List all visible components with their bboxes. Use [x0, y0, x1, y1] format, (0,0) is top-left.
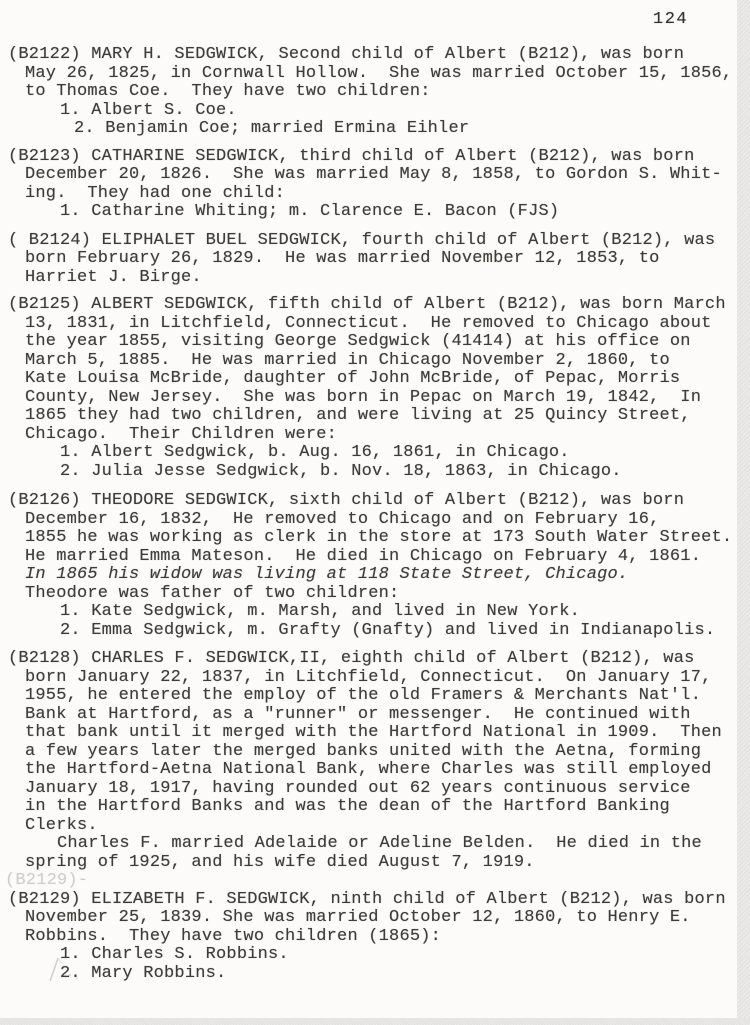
entry-B2125: (B2125) ALBERT SEDGWICK, fifth child of … — [0, 296, 737, 481]
text-line: ( B2124) ELIPHALET BUEL SEDGWICK, fourth… — [0, 232, 737, 251]
text-line: January 18, 1917, having rounded out 62 … — [0, 780, 737, 799]
child-list-item: 2. Emma Sedgwick, m. Grafty (Gnafty) and… — [0, 622, 737, 641]
text-line: (B2126) THEODORE SEDGWICK, sixth child o… — [0, 492, 737, 511]
text-line: Theodore was father of two children: — [0, 585, 737, 604]
entry-B2128: (B2128) CHARLES F. SEDGWICK,II, eighth c… — [0, 650, 737, 872]
text-line: (B2123) CATHARINE SEDGWICK, third child … — [0, 148, 737, 167]
text-line: March 5, 1885. He was married in Chicago… — [0, 352, 737, 371]
text-line: born January 22, 1837, in Litchfield, Co… — [0, 669, 737, 688]
text-line: Charles F. married Adelaide or Adeline B… — [0, 835, 737, 854]
page-number: 124 — [653, 10, 688, 29]
child-list-item: 1. Albert Sedgwick, b. Aug. 16, 1861, in… — [0, 444, 737, 463]
text-line: the Hartford-Aetna National Bank, where … — [0, 761, 737, 780]
child-list-item: 1. Charles S. Robbins. — [0, 946, 737, 965]
text-line: 1855 he was working as clerk in the stor… — [0, 529, 737, 548]
text-line: the year 1855, visiting George Sedgwick … — [0, 333, 737, 352]
child-list-item: 2. Julia Jesse Sedgwick, b. Nov. 18, 186… — [0, 463, 737, 482]
text-line: that bank until it merged with the Hartf… — [0, 724, 737, 743]
text-line: Clerks. — [0, 817, 737, 836]
text-line: Bank at Hartford, as a "runner" or messe… — [0, 706, 737, 725]
text-line: ing. They had one child: — [0, 185, 737, 204]
text-line: to Thomas Coe. They have two children: — [0, 83, 737, 102]
text-line-italic: In 1865 his widow was living at 118 Stat… — [0, 566, 737, 585]
text-line: May 26, 1825, in Cornwall Hollow. She wa… — [0, 65, 737, 84]
pen-mark — [46, 955, 86, 989]
text-line: He married Emma Mateson. He died in Chic… — [0, 548, 737, 567]
child-list-item: 1. Kate Sedgwick, m. Marsh, and lived in… — [0, 603, 737, 622]
text-line: 1865 they had two children, and were liv… — [0, 407, 737, 426]
text-line: County, New Jersey. She was born in Pepa… — [0, 389, 737, 408]
text-line: November 25, 1839. She was married Octob… — [0, 909, 737, 928]
text-line: Chicago. Their Children were: — [0, 426, 737, 445]
entry-B2126: (B2126) THEODORE SEDGWICK, sixth child o… — [0, 492, 737, 640]
child-list-item: 2. Benjamin Coe; married Ermina Eihler — [0, 120, 737, 139]
scan-edge-right — [737, 0, 750, 1025]
text-line: 13, 1831, in Litchfield, Connecticut. He… — [0, 315, 737, 334]
entry-B2124: ( B2124) ELIPHALET BUEL SEDGWICK, fourth… — [0, 232, 737, 288]
child-list-item: 1. Catharine Whiting; m. Clarence E. Bac… — [0, 203, 737, 222]
entry-B2129: (B2129) ELIZABETH F. SEDGWICK, ninth chi… — [0, 891, 737, 984]
text-line: (B2129) ELIZABETH F. SEDGWICK, ninth chi… — [0, 891, 737, 910]
text-line: spring of 1925, and his wife died August… — [0, 854, 737, 873]
text-line: a few years later the merged banks unite… — [0, 743, 737, 762]
struck-out-text: (B2129)- — [0, 872, 737, 891]
text-line: (B2125) ALBERT SEDGWICK, fifth child of … — [0, 296, 737, 315]
text-line: December 16, 1832, He removed to Chicago… — [0, 511, 737, 530]
text-line: (B2128) CHARLES F. SEDGWICK,II, eighth c… — [0, 650, 737, 669]
text-line: Kate Louisa McBride, daughter of John Mc… — [0, 370, 737, 389]
entry-B2123: (B2123) CATHARINE SEDGWICK, third child … — [0, 148, 737, 222]
entry-B2122: (B2122) MARY H. SEDGWICK, Second child o… — [0, 46, 737, 139]
text-line: 1955, he entered the employ of the old F… — [0, 687, 737, 706]
scan-edge-bottom — [0, 1018, 750, 1025]
text-line: born February 26, 1829. He was married N… — [0, 250, 737, 269]
document-body: (B2122) MARY H. SEDGWICK, Second child o… — [0, 46, 737, 983]
text-line: Harriet J. Birge. — [0, 269, 737, 288]
text-line: (B2122) MARY H. SEDGWICK, Second child o… — [0, 46, 737, 65]
text-line: in the Hartford Banks and was the dean o… — [0, 798, 737, 817]
child-list-item: 2. Mary Robbins. — [0, 965, 737, 984]
scanned-document-page: 124 (B2122) MARY H. SEDGWICK, Second chi… — [0, 0, 750, 1025]
child-list-item: 1. Albert S. Coe. — [0, 102, 737, 121]
text-line: December 20, 1826. She was married May 8… — [0, 166, 737, 185]
text-line: Robbins. They have two children (1865): — [0, 928, 737, 947]
